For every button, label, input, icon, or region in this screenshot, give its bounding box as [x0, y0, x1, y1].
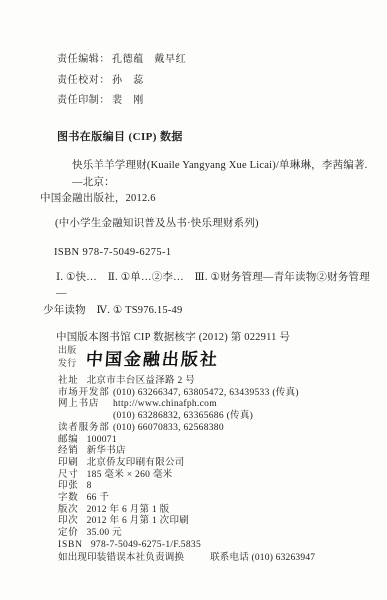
- row-value: 35.00 元: [87, 528, 122, 538]
- credit-row: 责任印制：裴 刚: [57, 91, 186, 112]
- cip-entry-line1: 快乐羊羊学理财(Kuaile Yangyang Xue Licai)/单琳琳，李…: [40, 158, 370, 191]
- publisher-info-row: ISBN978-7-5049-6275-1/F.5835: [58, 540, 373, 552]
- cip-classification-line2: 少年读物 Ⅳ. ① TS976.15-49: [40, 303, 370, 320]
- publisher-info-row: 市场开发部(010) 63266347, 63805472, 63439533 …: [58, 388, 373, 400]
- error-exchange-notice: 如出现印装错误本社负责调换联系电话 (010) 63263947: [58, 553, 373, 565]
- row-value: 北京侨友印刷有限公司: [87, 458, 185, 468]
- publisher-duty-label: 出版 发行: [58, 344, 76, 370]
- publisher-block: 出版 发行 中国金融出版社 社址北京市丰台区益泽路 2 号市场开发部(010) …: [58, 344, 373, 564]
- publisher-info-row: 印张8: [58, 481, 373, 493]
- row-label: 印张: [58, 481, 79, 491]
- row-label: ISBN: [58, 540, 83, 550]
- isbn-line: ISBN 978-7-5049-6275-1: [54, 247, 370, 258]
- cip-entry: 快乐羊羊学理财(Kuaile Yangyang Xue Licai)/单琳琳，李…: [40, 158, 370, 208]
- publisher-info-row: 社址北京市丰台区益泽路 2 号: [58, 376, 373, 388]
- publisher-info-row: 印刷北京侨友印刷有限公司: [58, 458, 373, 470]
- row-label: 市场开发部: [58, 388, 105, 400]
- row-value: 66 千: [87, 493, 110, 503]
- row-value: 孙 蕊: [112, 75, 144, 86]
- row-value: http://www.chinafph.com: [113, 399, 217, 409]
- publisher-info-row: 尺寸185 毫米 × 260 毫米: [58, 470, 373, 482]
- publisher-info-row: 字数66 千: [58, 493, 373, 505]
- cip-heading: 图书在版编目 (CIP) 数据: [57, 128, 370, 144]
- contact-phone: 联系电话 (010) 63263947: [210, 553, 315, 563]
- publisher-info-row: 读者服务部(010) 66070833, 62568380: [58, 423, 373, 435]
- publish-label: 出版: [58, 344, 76, 357]
- row-value: 2012 年 6 月第 1 版: [87, 505, 170, 515]
- row-label: 经销: [58, 446, 79, 456]
- notice-text: 如出现印装错误本社负责调换: [58, 553, 184, 563]
- row-value: (010) 63286832, 63365686 (传真): [113, 411, 253, 421]
- row-value: 8: [87, 481, 92, 491]
- cip-block: 图书在版编目 (CIP) 数据 快乐羊羊学理财(Kuaile Yangyang …: [40, 128, 370, 344]
- staff-credits: 责任编辑：孔德蕴 戴早红责任校对：孙 蕊责任印制：裴 刚: [57, 50, 186, 112]
- row-value: 2012 年 6 月第 1 次印刷: [87, 516, 189, 526]
- row-value: 新华书店: [87, 446, 126, 456]
- row-value: 185 毫米 × 260 毫米: [87, 470, 173, 480]
- series-title: (中小学生金融知识普及丛书·快乐理财系列): [55, 215, 370, 230]
- publisher-name: 中国金融出版社: [86, 345, 221, 370]
- row-label: 读者服务部: [58, 423, 105, 435]
- row-label: 印刷: [58, 458, 79, 468]
- row-label: 字数: [58, 493, 79, 503]
- row-label: 印次: [58, 516, 79, 526]
- row-value: 100071: [87, 435, 117, 445]
- row-value: 978-7-5049-6275-1/F.5835: [91, 540, 201, 550]
- row-value: 孔德蕴 戴早红: [112, 54, 186, 65]
- row-value: 裴 刚: [112, 95, 144, 106]
- row-label: 版次: [58, 505, 79, 515]
- publisher-info-row: 印次2012 年 6 月第 1 次印刷: [58, 516, 373, 528]
- colophon-page: 责任编辑：孔德蕴 戴早红责任校对：孙 蕊责任印制：裴 刚 图书在版编目 (CIP…: [0, 0, 387, 600]
- row-label: 责任校对：: [57, 75, 110, 86]
- publisher-info-row: 邮编100071: [58, 435, 373, 447]
- row-label: 社址: [58, 376, 79, 386]
- credit-row: 责任编辑：孔德蕴 戴早红: [57, 50, 186, 71]
- row-label: 责任印制：: [57, 95, 110, 106]
- row-label: 定价: [58, 528, 79, 538]
- row-label: 责任编辑：: [57, 54, 110, 65]
- publisher-info-row: 版次2012 年 6 月第 1 版: [58, 505, 373, 517]
- publisher-info-row: 定价35.00 元: [58, 528, 373, 540]
- publisher-info-list: 社址北京市丰台区益泽路 2 号市场开发部(010) 63266347, 6380…: [58, 376, 373, 552]
- row-label: 网上书店: [58, 399, 105, 411]
- cip-classification: Ⅰ. ①快… Ⅱ. ①单…②李… Ⅲ. ①财务管理—青年读物②财务管理— 少年读…: [40, 270, 370, 320]
- publisher-info-row: (010) 63286832, 63365686 (传真): [58, 411, 373, 423]
- row-value: 北京市丰台区益泽路 2 号: [87, 376, 195, 386]
- cip-classification-line1: Ⅰ. ①快… Ⅱ. ①单…②李… Ⅲ. ①财务管理—青年读物②财务管理—: [40, 270, 370, 303]
- cip-entry-line2: 中国金融出版社，2012.6: [40, 191, 370, 208]
- publisher-header: 出版 发行 中国金融出版社: [58, 344, 373, 370]
- publisher-info-row: 经销新华书店: [58, 446, 373, 458]
- row-value: (010) 66070833, 62568380: [113, 423, 224, 433]
- distribute-label: 发行: [58, 357, 76, 370]
- publisher-info-row: 网上书店http://www.chinafph.com: [58, 399, 373, 411]
- cip-record-number: 中国版本图书馆 CIP 数据核字 (2012) 第 022911 号: [56, 329, 370, 344]
- row-label: 邮编: [58, 435, 79, 445]
- row-value: (010) 63266347, 63805472, 63439533 (传真): [113, 388, 299, 398]
- row-label: 尺寸: [58, 470, 79, 480]
- credit-row: 责任校对：孙 蕊: [57, 71, 186, 92]
